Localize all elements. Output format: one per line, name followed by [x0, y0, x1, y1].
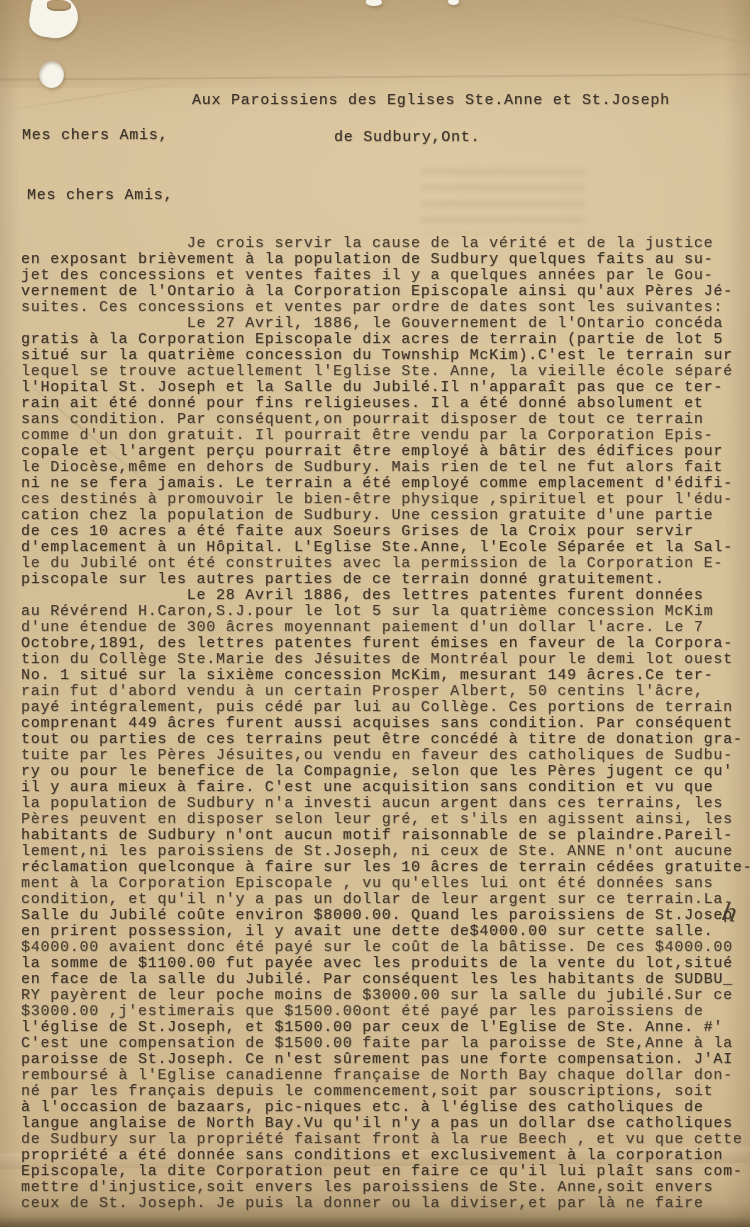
text-line: habitants de Sudbury n'ont aucun motif r… — [21, 828, 746, 844]
hole-punch — [39, 61, 64, 88]
text-line: remboursé à l'Eglise canadienne français… — [21, 1068, 746, 1084]
text-line: RY payèrent de leur poche moins de $3000… — [21, 988, 746, 1004]
text-line: Le 27 Avril, 1886, le Gouvernement de l'… — [21, 316, 746, 332]
text-line: né par les français depuis le commenceme… — [21, 1084, 746, 1100]
salutation-repeat: Mes chers Amis, — [27, 187, 173, 204]
text-line: mettre d'injustice,soit envers les paroi… — [21, 1180, 746, 1196]
text-line: Pères peuvent en disposer selon leur gré… — [21, 812, 746, 828]
edge-shading — [0, 0, 20, 1227]
text-line: copale et l'argent perçu pourrait être e… — [21, 444, 746, 460]
letter-body: Je crois servir la cause de la vérité et… — [21, 236, 746, 1212]
text-line: tuite par les Pères Jésuites,ou vendu en… — [21, 748, 746, 764]
text-line: No. 1 situé sur la sixième concession Mc… — [21, 668, 746, 684]
text-line: en exposant brièvement à la population d… — [21, 252, 746, 268]
text-line: Episcopale, la dite Corporation peut en … — [21, 1164, 746, 1180]
text-line: l'Hopital St. Joseph et la Salle du Jubi… — [21, 380, 746, 396]
text-line: de ces 10 acres a été faite aux Soeurs G… — [21, 524, 746, 540]
text-line: de Sudbury sur la propriété faisant fron… — [21, 1132, 746, 1148]
text-line: ry ou pour le benefice de la Compagnie, … — [21, 764, 746, 780]
paper-fragment — [47, 0, 71, 11]
text-line: condition, et qu'il n'y a pas un dollar … — [21, 892, 746, 908]
text-line: ceux de St. Joseph. Je puis la donner ou… — [21, 1196, 746, 1212]
text-line: Je crois servir la cause de la vérité et… — [21, 236, 746, 252]
address-line-2: de Sudbury,Ont. — [334, 129, 480, 146]
text-line: cation chez la population de Sudbury. Un… — [21, 508, 746, 524]
text-line: C'est une compensation de $1500.00 faite… — [21, 1036, 746, 1052]
text-line: sans condition. Par conséquent,on pourra… — [21, 412, 746, 428]
text-line: gratis à la Corporation Episcopale dix a… — [21, 332, 746, 348]
text-line: rain fut d'abord vendu à un certain Pros… — [21, 684, 746, 700]
address-line-1: Aux Paroissiens des Eglises Ste.Anne et … — [192, 92, 670, 109]
text-line: comprenant 449 âcres furent aussi acquis… — [21, 716, 746, 732]
text-line: situé sur la quatrième concession du Tow… — [21, 348, 746, 364]
text-line: Le 28 Avril 1886, des lettres patentes f… — [21, 588, 746, 604]
text-line: à l'occasion de bazaars, pic-niques etc.… — [21, 1100, 746, 1116]
text-line: langue anglaise de North Bay.Vu qu'il n'… — [21, 1116, 746, 1132]
text-line: suites. Ces concessions et ventes par or… — [21, 300, 746, 316]
text-line: paroisse de St.Joseph. Ce n'est sûrement… — [21, 1052, 746, 1068]
text-line: Octobre,1891, des lettres patentes furen… — [21, 636, 746, 652]
text-line: lequel se trouve actuellement l'Eglise S… — [21, 364, 746, 380]
text-line: lement,ni les paroissiens de St.Joseph, … — [21, 844, 746, 860]
text-line: le du Jubilé ont été construites avec la… — [21, 556, 746, 572]
text-line: la population de Sudbury n'a investi auc… — [21, 796, 746, 812]
text-line: en prirent possession, il y avait une de… — [21, 924, 746, 940]
text-line: le Diocèse,même en dehors de Sudbury. Ma… — [21, 460, 746, 476]
text-line: comme d'un don gratuit. Il pourrait être… — [21, 428, 746, 444]
text-line: réclamation quelconque à faire sur les 1… — [21, 860, 746, 876]
text-line: au Révérend H.Caron,S.J.pour le lot 5 su… — [21, 604, 746, 620]
text-line: tion du Collège Ste.Marie des Jésuites d… — [21, 652, 746, 668]
text-line: vernement de l'Ontario à la Corporation … — [21, 284, 746, 300]
text-line: Salle du Jubilé coûte environ $8000.00. … — [21, 908, 746, 924]
text-line: ces destinés à promouvoir le bien-être p… — [21, 492, 746, 508]
text-line: payé intégralement, puis cédé par lui au… — [21, 700, 746, 716]
text-line: ment à la Corporation Episcopale , vu qu… — [21, 876, 746, 892]
scanned-letter-page: Aux Paroissiens des Eglises Ste.Anne et … — [0, 0, 750, 1227]
text-line: tout ou parties de ces terrains peut êtr… — [21, 732, 746, 748]
text-line: l'église de St.Joseph, et $1500.00 par c… — [21, 1020, 746, 1036]
text-line: la somme de $1100.00 fut payée avec les … — [21, 956, 746, 972]
text-line: d'emplacement à un Hôpital. L'Eglise Ste… — [21, 540, 746, 556]
text-line: d'une étendue de 300 âcres moyennant pai… — [21, 620, 746, 636]
text-line: $3000.00 ,j'estimerais que $1500.00ont é… — [21, 1004, 746, 1020]
text-line: en face de la salle du Jubilé. Par consé… — [21, 972, 746, 988]
ink-bleedthrough-smudge — [420, 168, 585, 234]
text-line: rain ait été donné pour fins religieuses… — [21, 396, 746, 412]
text-line: ni ne se fera jamais. Le terrain a été e… — [21, 476, 746, 492]
salutation: Mes chers Amis, — [22, 127, 168, 144]
text-line: $4000.00 avaient donc été payé sur le co… — [21, 940, 746, 956]
text-line: jet des concessions et ventes faites il … — [21, 268, 746, 284]
text-line: il y aura mieux à faire. C'est une acqui… — [21, 780, 746, 796]
text-line: piscopale sur les autres parties de ce t… — [21, 572, 746, 588]
text-line: propriété a été donnée sans conditions e… — [21, 1148, 746, 1164]
